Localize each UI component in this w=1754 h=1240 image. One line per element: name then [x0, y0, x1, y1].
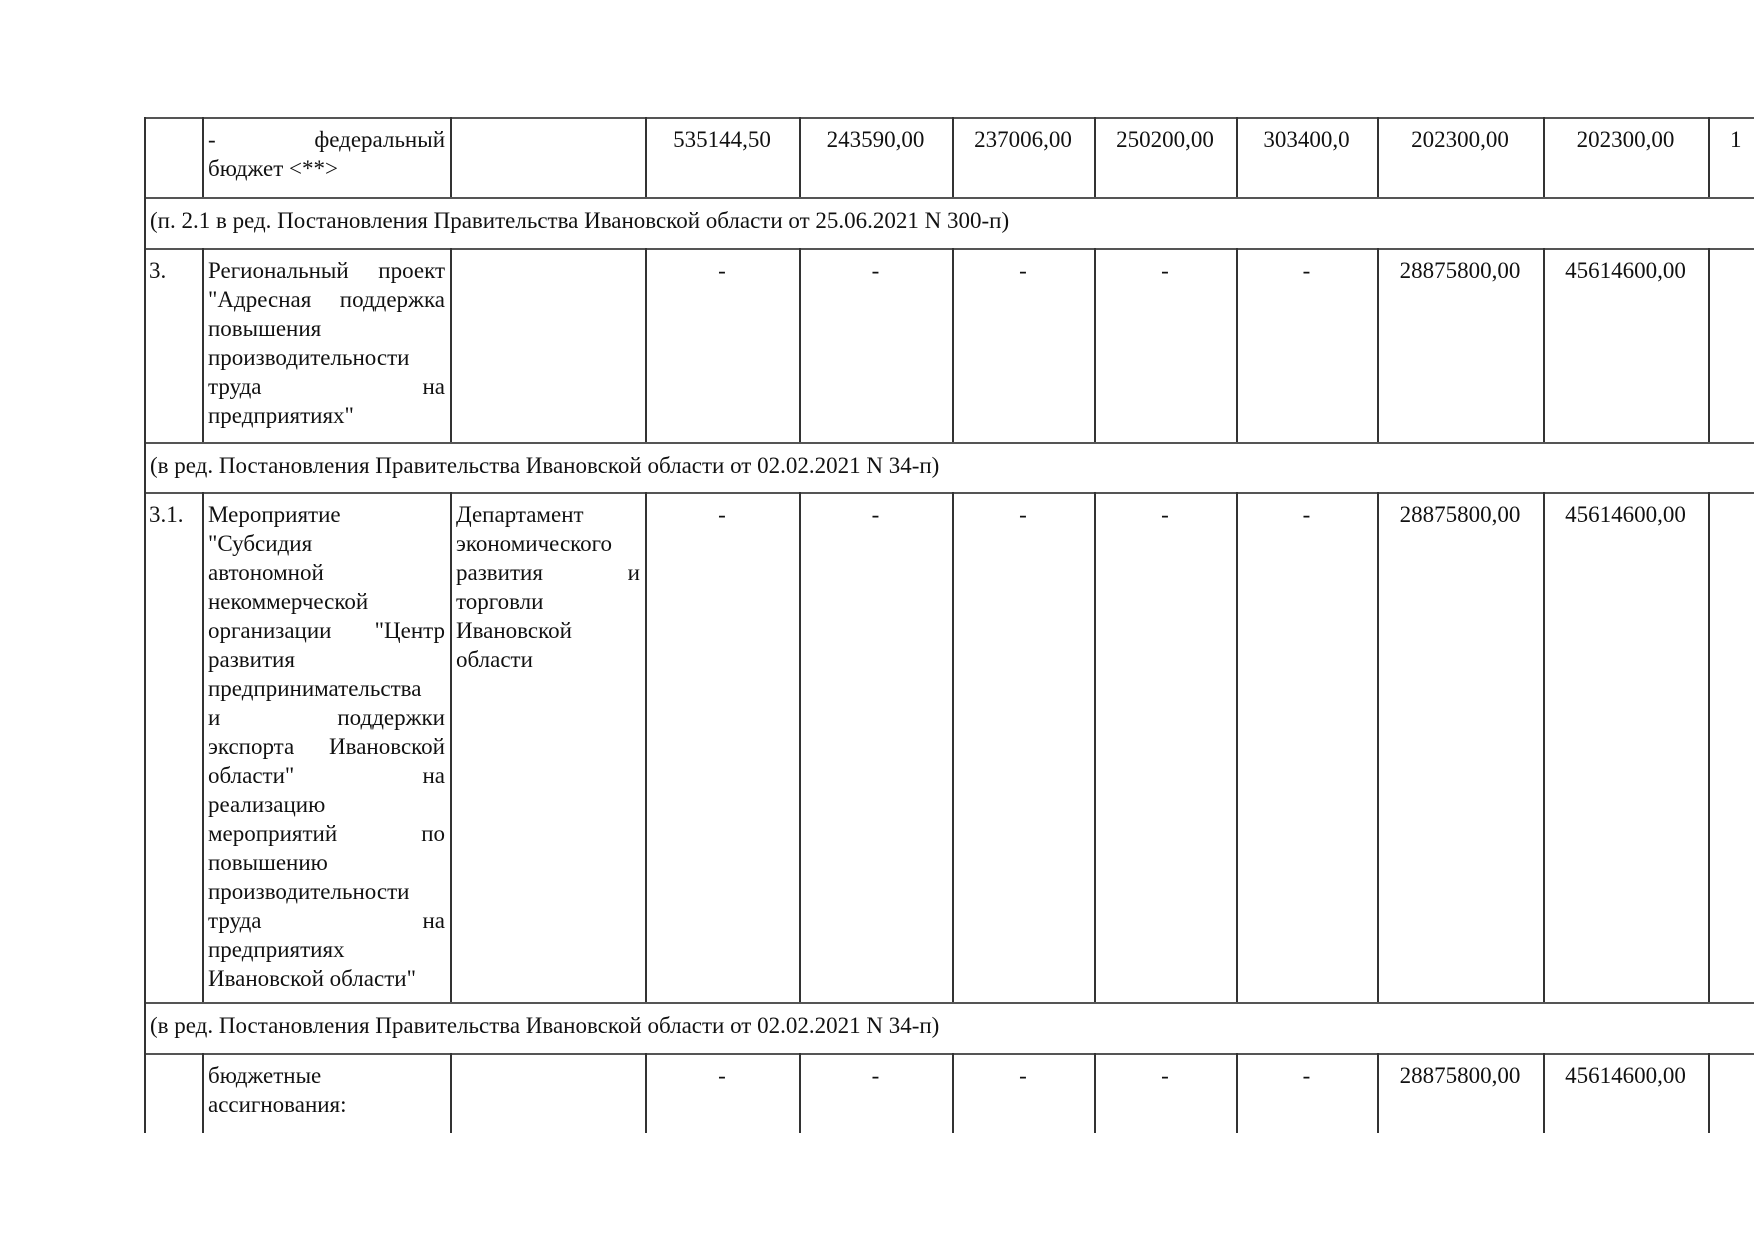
name-line: автономной	[208, 558, 445, 587]
column-border	[952, 492, 954, 1002]
name-line: труда на	[208, 906, 445, 935]
column-border	[450, 492, 452, 1002]
name-line: повышения	[208, 314, 445, 343]
value-cell: 250200,00	[1096, 125, 1234, 154]
column-border	[202, 248, 204, 442]
amendment-note: (п. 2.1 в ред. Постановления Правительст…	[150, 206, 1009, 235]
name-line: "Субсидия	[208, 529, 445, 558]
name-line: "Адресная поддержка	[208, 285, 445, 314]
value-cell: 303400,0	[1238, 125, 1375, 154]
row-name: - федеральныйбюджет <**>	[208, 125, 445, 183]
executor-line: торговли	[456, 587, 640, 616]
table-left-border	[144, 492, 146, 1002]
row-name: бюджетныеассигнования:	[208, 1061, 445, 1119]
column-border	[450, 1053, 452, 1133]
value-cell: 28875800,00	[1379, 1061, 1541, 1090]
name-line: предпринимательства	[208, 674, 445, 703]
table-left-border	[144, 117, 146, 197]
name-line: экспорта Ивановской	[208, 732, 445, 761]
value-cell: -	[647, 1061, 797, 1090]
row-number: 3.	[149, 256, 199, 285]
column-border	[1708, 492, 1710, 1002]
column-border	[1708, 248, 1710, 442]
row-executor: Департаментэкономическогоразвития иторго…	[456, 500, 640, 674]
name-line: некоммерческой	[208, 587, 445, 616]
row-border	[144, 197, 1754, 199]
name-line: - федеральный	[208, 125, 445, 154]
executor-line: Ивановской	[456, 616, 640, 645]
column-border	[202, 1053, 204, 1133]
table-left-border	[144, 442, 146, 492]
executor-line: экономического	[456, 529, 640, 558]
value-cell: 1	[1710, 125, 1754, 154]
value-cell: 45614600,00	[1545, 256, 1706, 285]
table-left-border	[144, 1002, 146, 1053]
column-border	[450, 248, 452, 442]
value-cell: -	[647, 500, 797, 529]
value-cell: -	[801, 1061, 950, 1090]
value-cell: -	[954, 1061, 1092, 1090]
column-border	[645, 492, 647, 1002]
amendment-note: (в ред. Постановления Правительства Иван…	[150, 451, 939, 480]
value-cell: -	[1238, 1061, 1375, 1090]
value-cell: -	[1096, 256, 1234, 285]
column-border	[1377, 492, 1379, 1002]
name-line: Региональный проект	[208, 256, 445, 285]
row-border	[144, 442, 1754, 444]
value-cell: -	[801, 256, 950, 285]
value-cell: 28875800,00	[1379, 256, 1541, 285]
name-line: труда на	[208, 372, 445, 401]
row-border	[144, 1053, 1754, 1055]
value-cell: 202300,00	[1379, 125, 1541, 154]
row-name: Региональный проект"Адресная поддержкапо…	[208, 256, 445, 430]
row-border	[144, 492, 1754, 494]
value-cell: 45614600,00	[1545, 1061, 1706, 1090]
executor-line: развития и	[456, 558, 640, 587]
table-left-border	[144, 248, 146, 442]
value-cell: -	[954, 256, 1092, 285]
name-line: производительности	[208, 343, 445, 372]
value-cell: 237006,00	[954, 125, 1092, 154]
column-border	[450, 117, 452, 197]
value-cell: 535144,50	[647, 125, 797, 154]
name-line: производительности	[208, 877, 445, 906]
value-cell: 45614600,00	[1545, 500, 1706, 529]
column-border	[1094, 492, 1096, 1002]
name-line: и поддержки	[208, 703, 445, 732]
value-cell: 28875800,00	[1379, 500, 1541, 529]
name-line: бюджет <**>	[208, 154, 445, 183]
column-border	[799, 492, 801, 1002]
column-border	[202, 117, 204, 197]
name-line: организации "Центр	[208, 616, 445, 645]
value-cell: -	[1096, 1061, 1234, 1090]
row-border	[144, 117, 1754, 119]
row-border	[144, 248, 1754, 250]
name-line: бюджетные	[208, 1061, 445, 1090]
name-line: предприятиях"	[208, 401, 445, 430]
name-line: Мероприятие	[208, 500, 445, 529]
value-cell: -	[1096, 500, 1234, 529]
column-border	[1708, 1053, 1710, 1133]
column-border	[202, 492, 204, 1002]
column-border	[1236, 492, 1238, 1002]
value-cell: -	[1238, 500, 1375, 529]
value-cell: -	[647, 256, 797, 285]
executor-line: области	[456, 645, 640, 674]
value-cell: -	[954, 500, 1092, 529]
name-line: мероприятий по	[208, 819, 445, 848]
name-line: реализацию	[208, 790, 445, 819]
name-line: предприятиях	[208, 935, 445, 964]
value-cell: 243590,00	[801, 125, 950, 154]
row-border	[144, 1002, 1754, 1004]
name-line: области" на	[208, 761, 445, 790]
column-border	[1543, 492, 1545, 1002]
value-cell: -	[801, 500, 950, 529]
amendment-note: (в ред. Постановления Правительства Иван…	[150, 1011, 939, 1040]
executor-line: Департамент	[456, 500, 640, 529]
table-left-border	[144, 1053, 146, 1133]
value-cell: -	[1238, 256, 1375, 285]
name-line: ассигнования:	[208, 1090, 445, 1119]
value-cell: 202300,00	[1545, 125, 1706, 154]
table-left-border	[144, 197, 146, 248]
name-line: повышению	[208, 848, 445, 877]
row-name: Мероприятие"Субсидияавтономнойнекоммерче…	[208, 500, 445, 993]
name-line: Ивановской области"	[208, 964, 445, 993]
row-number: 3.1.	[149, 500, 199, 529]
name-line: развития	[208, 645, 445, 674]
